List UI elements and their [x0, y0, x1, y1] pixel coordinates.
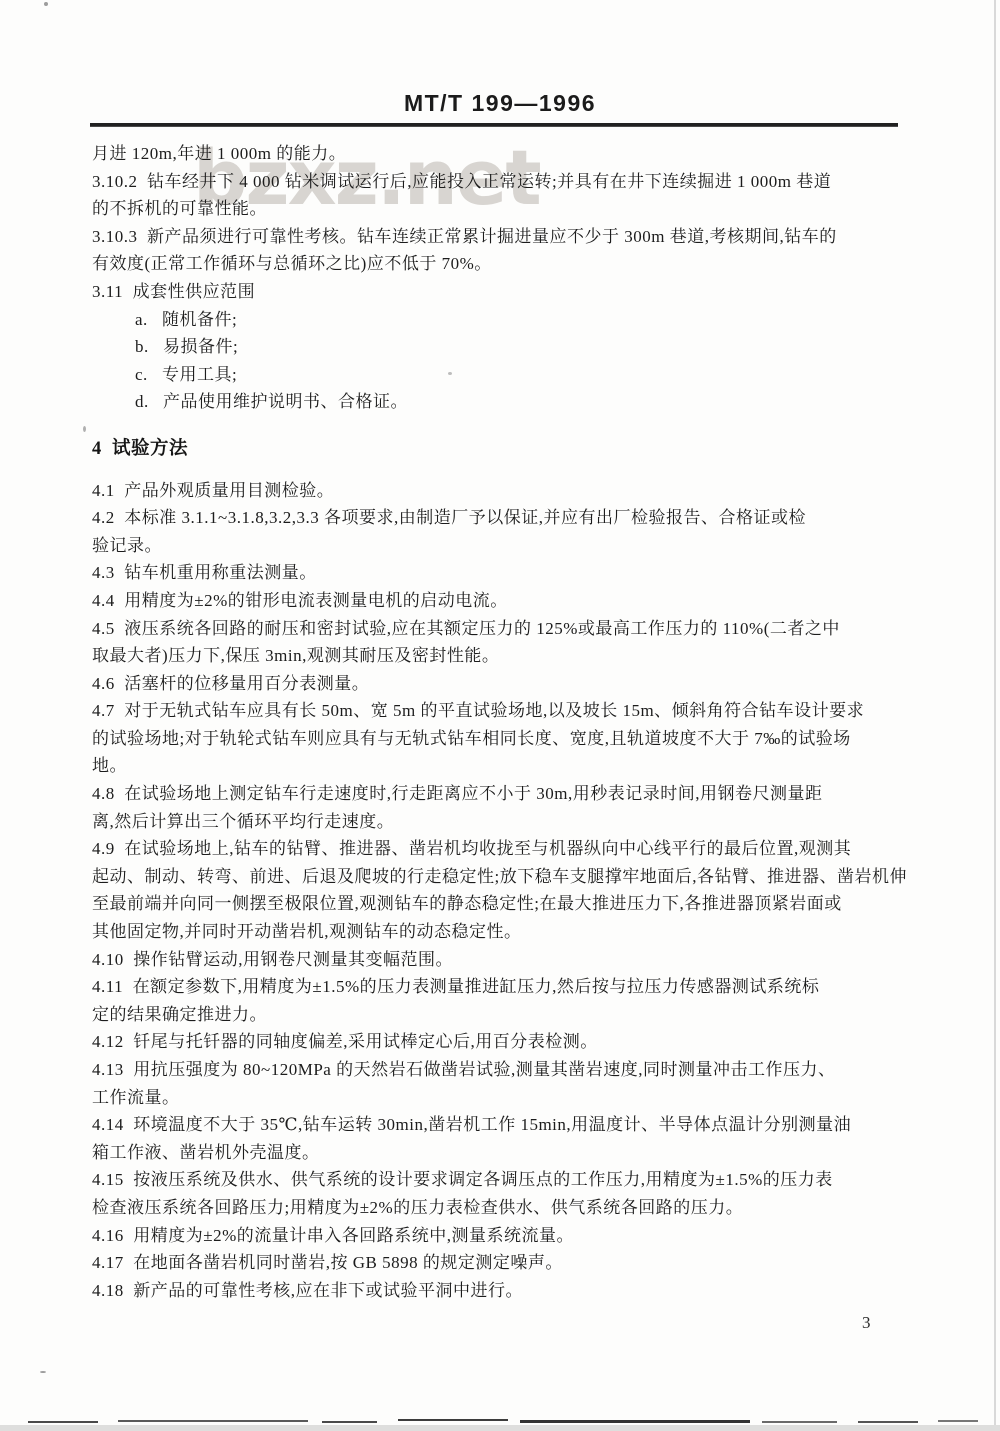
clause-4-8: 4.8 在试验场地上测定钻车行走速度时,行走距离应不小于 30m,用秒表记录时间…	[92, 780, 922, 808]
scan-artifact	[938, 1420, 978, 1422]
clause-3-10-3: 3.10.3 新产品须进行可靠性考核。钻车连续正常累计掘进量应不少于 300m …	[92, 223, 922, 251]
text-line: 其他固定物,并同时开动凿岩机,观测钻车的动态稳定性。	[92, 918, 922, 946]
scan-artifact	[762, 1421, 837, 1423]
text-line: 箱工作液、凿岩机外壳温度。	[92, 1139, 922, 1167]
list-item-a: a. 随机备件;	[92, 306, 922, 334]
clause-4-13: 4.13 用抗压强度为 80~120MPa 的天然岩石做凿岩试验,测量其凿岩速度…	[92, 1056, 922, 1084]
scanned-document-page: bzxz.net MT/T 199—1996 月进 120m,年进 1 000m…	[0, 0, 1000, 1431]
scan-artifact	[858, 1421, 918, 1423]
clause-3-11: 3.11 成套性供应范围	[92, 278, 922, 306]
text-line: 起动、制动、转弯、前进、后退及爬坡的行走稳定性;放下稳车支腿撑牢地面后,各钻臂、…	[92, 863, 922, 891]
text-line: 月进 120m,年进 1 000m 的能力。	[92, 140, 922, 168]
clause-3-10-2: 3.10.2 钻车经井下 4 000 钻米调试运行后,应能投入正常运转;并具有在…	[92, 168, 922, 196]
text-line: 地。	[92, 752, 922, 780]
scan-edge-line	[994, 0, 996, 1431]
scan-speck	[44, 2, 48, 6]
text-line: 的不拆机的可靠性能。	[92, 195, 922, 223]
list-item-c: c. 专用工具;	[92, 361, 922, 389]
text-line: 的试验场地;对于轨轮式钻车则应具有与无轨式钻车相同长度、宽度,且轨道坡度不大于 …	[92, 725, 922, 753]
list-item-d: d. 产品使用维护说明书、合格证。	[92, 388, 922, 416]
standard-code-header: MT/T 199—1996	[0, 90, 1000, 117]
scan-bottom-strip	[0, 1425, 1000, 1431]
clause-4-4: 4.4 用精度为±2%的钳形电流表测量电机的启动电流。	[92, 587, 922, 615]
clause-4-15: 4.15 按液压系统及供水、供气系统的设计要求调定各调压点的工作压力,用精度为±…	[92, 1166, 922, 1194]
text-line: 取最大者)压力下,保压 3min,观测其耐压及密封性能。	[92, 642, 922, 670]
text-line: 离,然后计算出三个循环平均行走速度。	[92, 808, 922, 836]
scan-speck	[83, 426, 86, 432]
clause-4-2: 4.2 本标准 3.1.1~3.1.8,3.2,3.3 各项要求,由制造厂予以保…	[92, 504, 922, 532]
clause-4-16: 4.16 用精度为±2%的流量计串入各回路系统中,测量系统流量。	[92, 1222, 922, 1250]
text-line: 检查液压系统各回路压力;用精度为±2%的压力表检查供水、供气系统各回路的压力。	[92, 1194, 922, 1222]
list-item-b: b. 易损备件;	[92, 333, 922, 361]
scan-speck	[448, 372, 452, 375]
text-line: 有效度(正常工作循环与总循环之比)应不低于 70%。	[92, 250, 922, 278]
clause-4-10: 4.10 操作钻臂运动,用钢卷尺测量其变幅范围。	[92, 946, 922, 974]
section-heading-test-methods: 4 试验方法	[92, 436, 922, 464]
header-rule	[90, 123, 898, 127]
text-line: 至最前端并向同一侧摆至极限位置,观测钻车的静态稳定性;在最大推进压力下,各推进器…	[92, 890, 922, 918]
clause-4-17: 4.17 在地面各凿岩机同时凿岩,按 GB 5898 的规定测定噪声。	[92, 1249, 922, 1277]
scan-artifact	[322, 1421, 377, 1423]
page-number: 3	[862, 1313, 871, 1333]
clause-4-11: 4.11 在额定参数下,用精度为±1.5%的压力表测量推进缸压力,然后按与拉压力…	[92, 973, 922, 1001]
clause-4-7: 4.7 对于无轨式钻车应具有长 50m、宽 5m 的平直试验场地,以及坡长 15…	[92, 697, 922, 725]
scan-artifact	[28, 1421, 98, 1423]
clause-4-1: 4.1 产品外观质量用目测检验。	[92, 477, 922, 505]
scan-artifact	[118, 1420, 308, 1422]
scan-speck	[40, 1371, 46, 1373]
clause-4-14: 4.14 环境温度不大于 35℃,钻车运转 30min,凿岩机工作 15min,…	[92, 1111, 922, 1139]
clause-4-12: 4.12 钎尾与托钎器的同轴度偏差,采用试棒定心后,用百分表检测。	[92, 1028, 922, 1056]
text-line: 定的结果确定推进力。	[92, 1001, 922, 1029]
scan-artifact	[398, 1419, 508, 1421]
text-line: 工作流量。	[92, 1084, 922, 1112]
document-body: 月进 120m,年进 1 000m 的能力。 3.10.2 钻车经井下 4 00…	[92, 140, 922, 1304]
clause-4-3: 4.3 钻车机重用称重法测量。	[92, 559, 922, 587]
clause-4-18: 4.18 新产品的可靠性考核,应在非下或试验平洞中进行。	[92, 1277, 922, 1305]
scan-artifact	[520, 1420, 750, 1423]
clause-4-6: 4.6 活塞杆的位移量用百分表测量。	[92, 670, 922, 698]
clause-4-5: 4.5 液压系统各回路的耐压和密封试验,应在其额定压力的 125%或最高工作压力…	[92, 615, 922, 643]
text-line: 验记录。	[92, 532, 922, 560]
clause-4-9: 4.9 在试验场地上,钻车的钻臂、推进器、凿岩机均收拢至与机器纵向中心线平行的最…	[92, 835, 922, 863]
